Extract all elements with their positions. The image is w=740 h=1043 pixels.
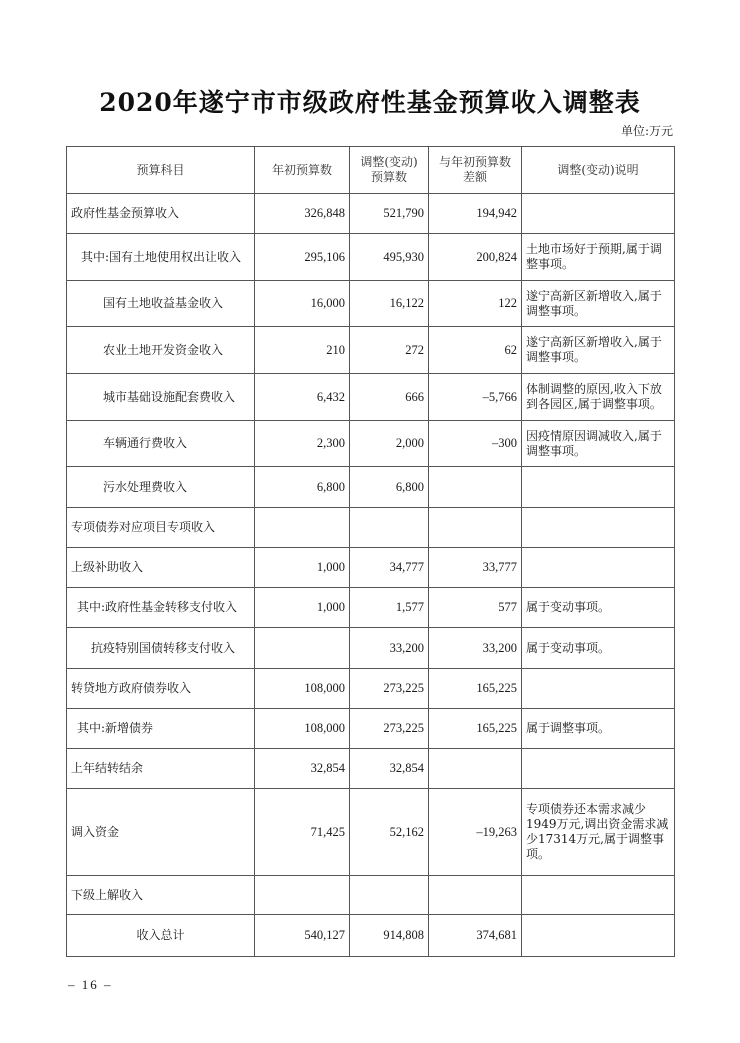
cell-item: 其中:新增债券: [67, 709, 255, 749]
cell-diff: 33,777: [429, 548, 522, 588]
cell-note: 属于变动事项。: [522, 628, 675, 669]
cell-initial: 6,800: [255, 467, 350, 508]
cell-diff: –19,263: [429, 789, 522, 876]
cell-diff: –300: [429, 421, 522, 467]
cell-adjusted: [350, 876, 429, 915]
table-row: 其中:国有土地使用权出让收入 295,106 495,930 200,824 土…: [67, 234, 675, 281]
header-label-line2: 预算数: [371, 170, 407, 184]
cell-initial: 32,854: [255, 749, 350, 789]
cell-initial: [255, 876, 350, 915]
cell-diff: 62: [429, 327, 522, 374]
header-label-line1: 调整(变动): [360, 155, 417, 169]
cell-note: 属于调整事项。: [522, 709, 675, 749]
cell-initial: 295,106: [255, 234, 350, 281]
cell-note: 土地市场好于预期,属于调整事项。: [522, 234, 675, 281]
table-row: 政府性基金预算收入 326,848 521,790 194,942: [67, 194, 675, 234]
cell-item: 其中:国有土地使用权出让收入: [67, 234, 255, 281]
cell-diff: –5,766: [429, 374, 522, 421]
table-row-total: 收入总计 540,127 914,808 374,681: [67, 915, 675, 957]
cell-initial: 71,425: [255, 789, 350, 876]
table-header-row: 预算科目 年初预算数 调整(变动)预算数 与年初预算数差额 调整(变动)说明: [67, 147, 675, 194]
cell-adjusted: 6,800: [350, 467, 429, 508]
cell-adjusted: 521,790: [350, 194, 429, 234]
cell-adjusted: 52,162: [350, 789, 429, 876]
cell-item: 其中:政府性基金转移支付收入: [67, 588, 255, 628]
cell-initial: [255, 508, 350, 548]
cell-note: [522, 915, 675, 957]
table-row: 转贷地方政府债券收入 108,000 273,225 165,225: [67, 669, 675, 709]
table-row: 专项债券对应项目专项收入: [67, 508, 675, 548]
cell-diff: 165,225: [429, 669, 522, 709]
cell-initial: 6,432: [255, 374, 350, 421]
header-label: 预算科目: [136, 163, 184, 177]
header-label: 年初预算数: [272, 163, 332, 177]
cell-note: 遂宁高新区新增收入,属于调整事项。: [522, 281, 675, 327]
header-label-line1: 与年初预算数: [439, 155, 511, 169]
cell-note: 体制调整的原因,收入下放到各园区,属于调整事项。: [522, 374, 675, 421]
cell-adjusted: 32,854: [350, 749, 429, 789]
unit-label: 单位:万元: [621, 122, 673, 139]
cell-note: [522, 194, 675, 234]
cell-item: 农业土地开发资金收入: [67, 327, 255, 374]
cell-note: [522, 467, 675, 508]
cell-note: [522, 876, 675, 915]
cell-adjusted: 273,225: [350, 669, 429, 709]
cell-initial: 326,848: [255, 194, 350, 234]
cell-item: 国有土地收益基金收入: [67, 281, 255, 327]
cell-adjusted: 914,808: [350, 915, 429, 957]
cell-item: 上年结转结余: [67, 749, 255, 789]
page-title: 2020年遂宁市市级政府性基金预算收入调整表: [0, 83, 740, 119]
cell-note: 遂宁高新区新增收入,属于调整事项。: [522, 327, 675, 374]
cell-item: 抗疫特别国债转移支付收入: [67, 628, 255, 669]
cell-item: 收入总计: [67, 915, 255, 957]
table-row: 下级上解收入: [67, 876, 675, 915]
table-row: 其中:新增债券 108,000 273,225 165,225 属于调整事项。: [67, 709, 675, 749]
cell-initial: 2,300: [255, 421, 350, 467]
table-row: 车辆通行费收入 2,300 2,000 –300 因疫情原因调减收入,属于调整事…: [67, 421, 675, 467]
cell-note: 属于变动事项。: [522, 588, 675, 628]
cell-diff: 194,942: [429, 194, 522, 234]
cell-note: 专项债券还本需求减少1949万元,调出资金需求减少17314万元,属于调整事项。: [522, 789, 675, 876]
table-row: 国有土地收益基金收入 16,000 16,122 122 遂宁高新区新增收入,属…: [67, 281, 675, 327]
cell-note: [522, 749, 675, 789]
cell-initial: 16,000: [255, 281, 350, 327]
cell-adjusted: 34,777: [350, 548, 429, 588]
cell-note: [522, 508, 675, 548]
cell-adjusted: 16,122: [350, 281, 429, 327]
table-row: 其中:政府性基金转移支付收入 1,000 1,577 577 属于变动事项。: [67, 588, 675, 628]
cell-initial: 540,127: [255, 915, 350, 957]
header-label-line2: 差额: [463, 170, 487, 184]
cell-initial: 108,000: [255, 709, 350, 749]
table-row: 农业土地开发资金收入 210 272 62 遂宁高新区新增收入,属于调整事项。: [67, 327, 675, 374]
cell-item: 下级上解收入: [67, 876, 255, 915]
cell-adjusted: 272: [350, 327, 429, 374]
cell-adjusted: 1,577: [350, 588, 429, 628]
cell-initial: [255, 628, 350, 669]
cell-diff: 577: [429, 588, 522, 628]
header-difference: 与年初预算数差额: [429, 147, 522, 194]
cell-item: 专项债券对应项目专项收入: [67, 508, 255, 548]
cell-initial: 210: [255, 327, 350, 374]
cell-item: 城市基础设施配套费收入: [67, 374, 255, 421]
header-label: 调整(变动)说明: [557, 163, 638, 177]
table-row: 调入资金 71,425 52,162 –19,263 专项债券还本需求减少194…: [67, 789, 675, 876]
cell-adjusted: 273,225: [350, 709, 429, 749]
table-row: 污水处理费收入 6,800 6,800: [67, 467, 675, 508]
header-initial-budget: 年初预算数: [255, 147, 350, 194]
cell-initial: 108,000: [255, 669, 350, 709]
cell-diff: 122: [429, 281, 522, 327]
header-budget-item: 预算科目: [67, 147, 255, 194]
cell-item: 污水处理费收入: [67, 467, 255, 508]
table-row: 城市基础设施配套费收入 6,432 666 –5,766 体制调整的原因,收入下…: [67, 374, 675, 421]
header-note: 调整(变动)说明: [522, 147, 675, 194]
cell-adjusted: 495,930: [350, 234, 429, 281]
table-row: 上年结转结余 32,854 32,854: [67, 749, 675, 789]
cell-diff: 165,225: [429, 709, 522, 749]
cell-adjusted: [350, 508, 429, 548]
cell-item: 车辆通行费收入: [67, 421, 255, 467]
table-row: 上级补助收入 1,000 34,777 33,777: [67, 548, 675, 588]
cell-adjusted: 666: [350, 374, 429, 421]
cell-item: 政府性基金预算收入: [67, 194, 255, 234]
cell-note: 因疫情原因调减收入,属于调整事项。: [522, 421, 675, 467]
cell-item: 上级补助收入: [67, 548, 255, 588]
budget-adjustment-table: 预算科目 年初预算数 调整(变动)预算数 与年初预算数差额 调整(变动)说明 政…: [66, 146, 675, 957]
cell-diff: 200,824: [429, 234, 522, 281]
cell-diff: 374,681: [429, 915, 522, 957]
page-number: – 16 –: [68, 977, 113, 993]
cell-item: 调入资金: [67, 789, 255, 876]
cell-diff: [429, 467, 522, 508]
cell-note: [522, 548, 675, 588]
cell-initial: 1,000: [255, 588, 350, 628]
cell-adjusted: 33,200: [350, 628, 429, 669]
cell-initial: 1,000: [255, 548, 350, 588]
cell-diff: [429, 876, 522, 915]
cell-note: [522, 669, 675, 709]
cell-adjusted: 2,000: [350, 421, 429, 467]
cell-item: 转贷地方政府债券收入: [67, 669, 255, 709]
table-row: 抗疫特别国债转移支付收入 33,200 33,200 属于变动事项。: [67, 628, 675, 669]
cell-diff: [429, 508, 522, 548]
header-adjusted-budget: 调整(变动)预算数: [350, 147, 429, 194]
cell-diff: [429, 749, 522, 789]
cell-diff: 33,200: [429, 628, 522, 669]
